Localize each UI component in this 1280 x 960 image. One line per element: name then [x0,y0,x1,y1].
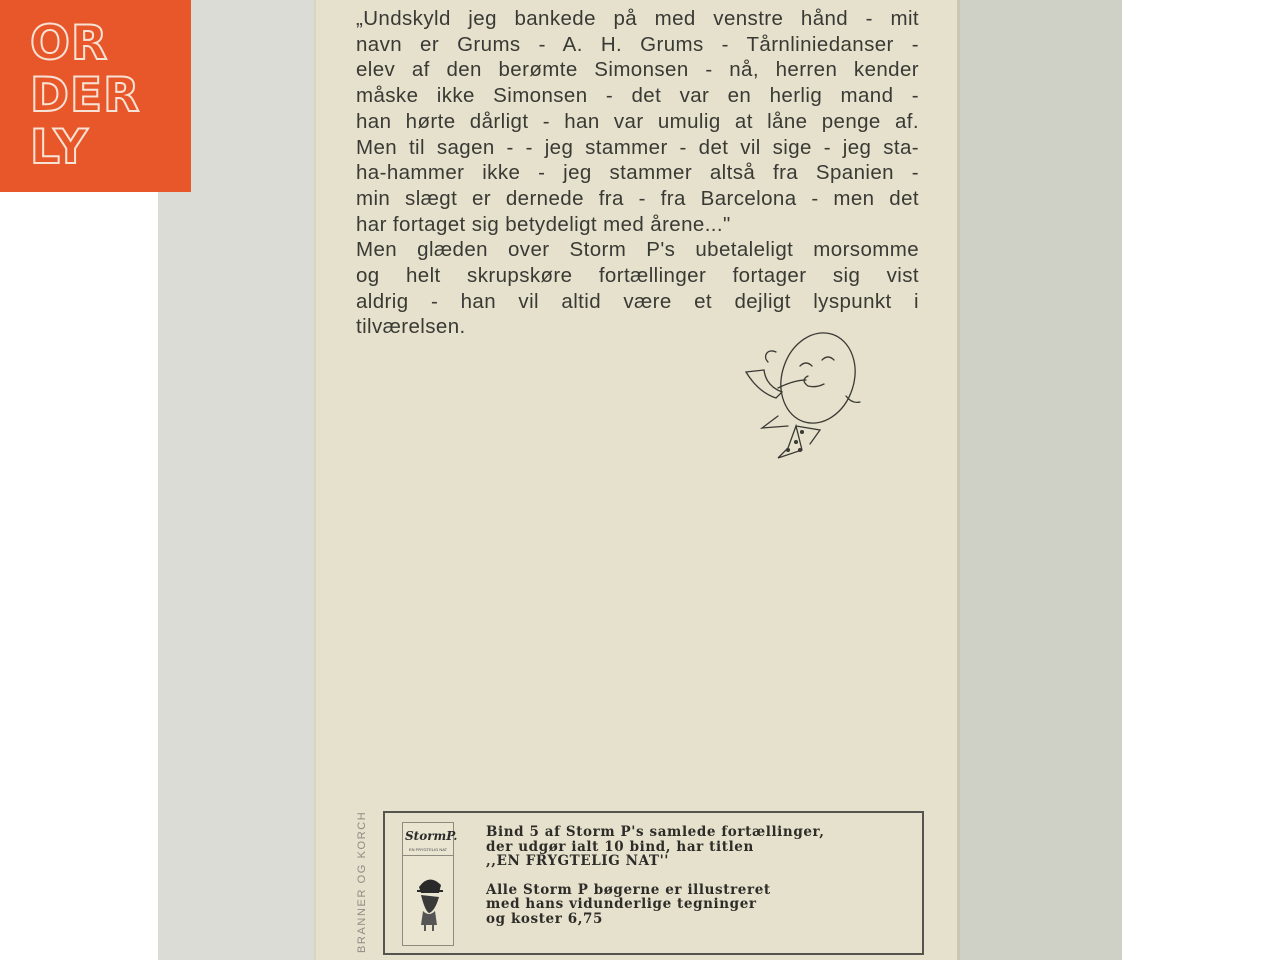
blurb-line: „Undskyld jeg bankede på med venstre hån… [356,6,919,32]
ad-cover-title: StormP. [405,829,451,843]
blurb-line: har fortaget sig betydeligt med årene...… [356,212,919,238]
ad-line: og koster 6,75 [486,912,916,927]
ad-book-cover: StormP. EN FRYGTELIG NAT [402,822,454,946]
logo-line-1: OR [30,18,180,70]
blurb-line: min slægt er dernede fra - fra Barcelona… [356,186,919,212]
blurb-line: han hørte dårligt - han var umulig at lå… [356,109,919,135]
blurb-line: Men til sagen - - jeg stammer - det vil … [356,135,919,161]
blurb-line: Men glæden over Storm P's ubetaleligt mo… [356,237,919,263]
ad-cover-divider [403,855,453,856]
orderly-logo: OR DER LY [0,0,191,192]
ad-line: Bind 5 af Storm P's samlede fortællinger… [486,825,916,840]
man-in-top-hat-icon [413,873,445,933]
series-ad-box: StormP. EN FRYGTELIG NAT Bind 5 af Storm… [383,811,924,955]
blurb-line: ha-hammer ikke - jeg stammer altså fra S… [356,160,919,186]
logo-line-3: LY [30,122,180,174]
ad-cover-subtitle: EN FRYGTELIG NAT [406,847,450,852]
publisher-credit: BRANNER OG KORCH [356,811,368,953]
blurb-text: „Undskyld jeg bankede på med venstre hån… [356,6,919,340]
blurb-line: aldrig - han vil altid være et dejligt l… [356,289,919,315]
logo-line-2: DER [30,70,180,122]
ad-line: Alle Storm P bøgerne er illustreret [486,883,916,898]
photo-backdrop-right [960,0,1122,960]
ad-line: med hans vidunderlige tegninger [486,897,916,912]
blurb-line: elev af den berømte Simonsen - nå, herre… [356,57,919,83]
blurb-line: navn er Grums - A. H. Grums - Tårnlinied… [356,32,919,58]
logo-text: OR DER LY [30,18,180,174]
caricature-with-pipe-icon [738,326,862,460]
ad-text: Bind 5 af Storm P's samlede fortællinger… [486,825,916,926]
blurb-line: og helt skrupskøre fortællinger fortager… [356,263,919,289]
blurb-line: måske ikke Simonsen - det var en herlig … [356,83,919,109]
ad-line: ,,EN FRYGTELIG NAT'' [486,854,916,869]
ad-line: der udgør ialt 10 bind, har titlen [486,840,916,855]
